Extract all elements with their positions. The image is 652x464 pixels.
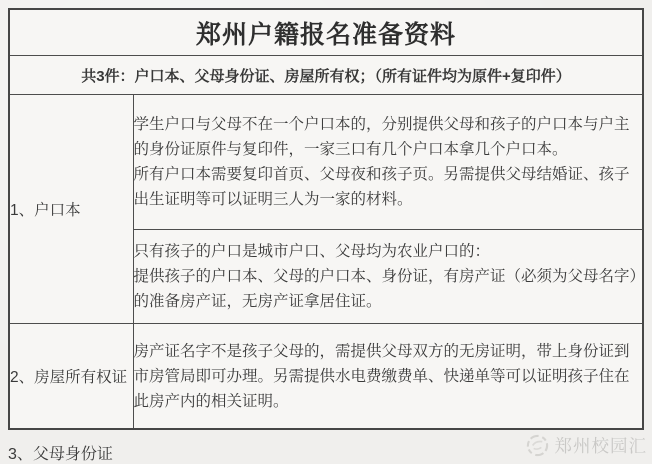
hukou-cell-special-case: 只有孩子的户口是城市户口、父母均为农业户口的： 提供孩子的户口本、父母的户口本、… <box>133 230 643 324</box>
watermark: 郑州校园汇 <box>525 433 648 458</box>
subtitle-main-text: 共3件：户口本、父母身份证、房屋所有权； <box>81 68 374 85</box>
watermark-text: 郑州校园汇 <box>555 433 648 458</box>
subtitle-row: 共3件：户口本、父母身份证、房屋所有权；（所有证件均为原件+复印件） <box>9 56 643 95</box>
row-label-parent-id: 3、父母身份证 <box>8 441 113 464</box>
hukou-special-paragraph-2: 提供孩子的户口本、父母的户口本、身份证，有房产证（必须为父母名字）的准备房产证，… <box>134 264 643 314</box>
title-row: 郑州户籍报名准备资料 <box>9 9 643 56</box>
table-row-property: 2、房屋所有权证 房产证名字不是孩子父母的，需提供父母双方的无房证明，带上身份证… <box>9 324 643 430</box>
property-cell: 房产证名字不是孩子父母的，需提供父母双方的无房证明，带上身份证到市房管局即可办理… <box>133 324 643 430</box>
document-page: 郑州户籍报名准备资料 共3件：户口本、父母身份证、房屋所有权；（所有证件均为原件… <box>0 0 652 464</box>
requirements-table: 郑州户籍报名准备资料 共3件：户口本、父母身份证、房屋所有权；（所有证件均为原件… <box>8 8 644 430</box>
hukou-cell-general: 学生户口与父母不在一个户口本的，分别提供父母和孩子的户口本与户主的身份证原件与复… <box>133 95 643 230</box>
row-label-hukou-booklet: 1、户口本 <box>9 95 133 324</box>
subtitle-note-text: （所有证件均为原件+复印件） <box>375 68 571 85</box>
hukou-paragraph-2: 所有户口本需要复印首页、父母夜和孩子页。另需提供父母结婚证、孩子出生证明等可以证… <box>134 162 643 212</box>
hukou-special-paragraph-1: 只有孩子的户口是城市户口、父母均为农业户口的： <box>134 239 643 264</box>
hukou-paragraph-1: 学生户口与父母不在一个户口本的，分别提供父母和孩子的户口本与户主的身份证原件与复… <box>134 112 643 162</box>
row-label-property-certificate: 2、房屋所有权证 <box>9 324 133 430</box>
subtitle-cell: 共3件：户口本、父母身份证、房屋所有权；（所有证件均为原件+复印件） <box>9 56 643 95</box>
table-row-hukou: 1、户口本 学生户口与父母不在一个户口本的，分别提供父母和孩子的户口本与户主的身… <box>9 95 643 230</box>
page-title: 郑州户籍报名准备资料 <box>9 9 643 56</box>
property-paragraph-1: 房产证名字不是孩子父母的，需提供父母双方的无房证明，带上身份证到市房管局即可办理… <box>134 339 643 414</box>
circular-sun-logo-icon <box>525 433 550 458</box>
